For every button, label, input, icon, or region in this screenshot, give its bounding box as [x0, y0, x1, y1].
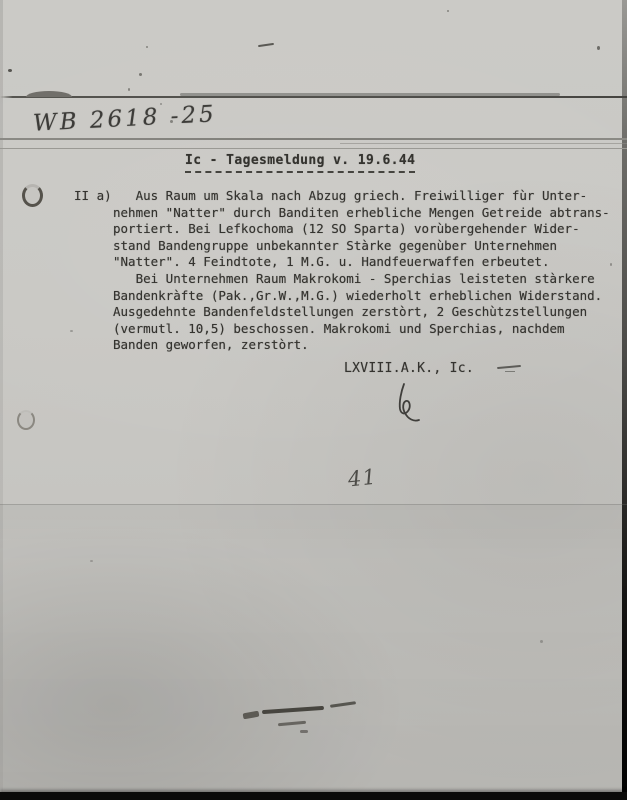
speck-12 [90, 560, 93, 562]
report-body-row: II a) Aus Raum um Skala nach Abzug griec… [74, 188, 614, 354]
speck-8 [160, 103, 162, 105]
document-title: Ic - Tagesmeldung v. 19.6.44 [185, 153, 415, 173]
speck-4 [128, 88, 130, 91]
speck-dash [258, 43, 274, 47]
speck-6 [597, 46, 600, 50]
horizontal-rule-top [0, 96, 627, 98]
paper-fold-shadow [0, 504, 627, 795]
pencil-dash-mark-2 [505, 371, 515, 372]
speck-5 [447, 10, 449, 12]
hole-punch-middle [17, 410, 35, 430]
speck-7 [170, 120, 173, 123]
paper-edge-artifact-2 [180, 93, 560, 96]
report-body-text: Aus Raum um Skala nach Abzug griech. Fre… [113, 188, 613, 354]
handwritten-registry-note: WB 2618 -25 [32, 101, 217, 137]
unit-signature: LXVIII.A.K., Ic. [344, 361, 474, 376]
speck-9 [610, 263, 612, 266]
speck-3 [146, 46, 148, 48]
horizontal-rule-middle-2 [0, 148, 627, 149]
horizontal-rule-middle-1 [0, 138, 627, 140]
hole-punch-top [22, 184, 43, 207]
section-label: II a) [74, 188, 113, 205]
paper-edge-artifact [26, 91, 72, 97]
pencil-dash-mark [497, 365, 521, 369]
handwritten-initial-mark [390, 382, 430, 434]
horizontal-rule-middle-3 [340, 143, 627, 144]
scanned-document-page: WB 2618 -25 Ic - Tagesmeldung v. 19.6.44… [0, 0, 627, 800]
handwritten-page-number: 41 [347, 465, 378, 492]
ink-smudge-5 [300, 730, 308, 733]
speck-11 [540, 640, 543, 643]
speck-10 [70, 330, 73, 332]
speck-2 [139, 73, 142, 76]
speck-1 [8, 69, 12, 72]
